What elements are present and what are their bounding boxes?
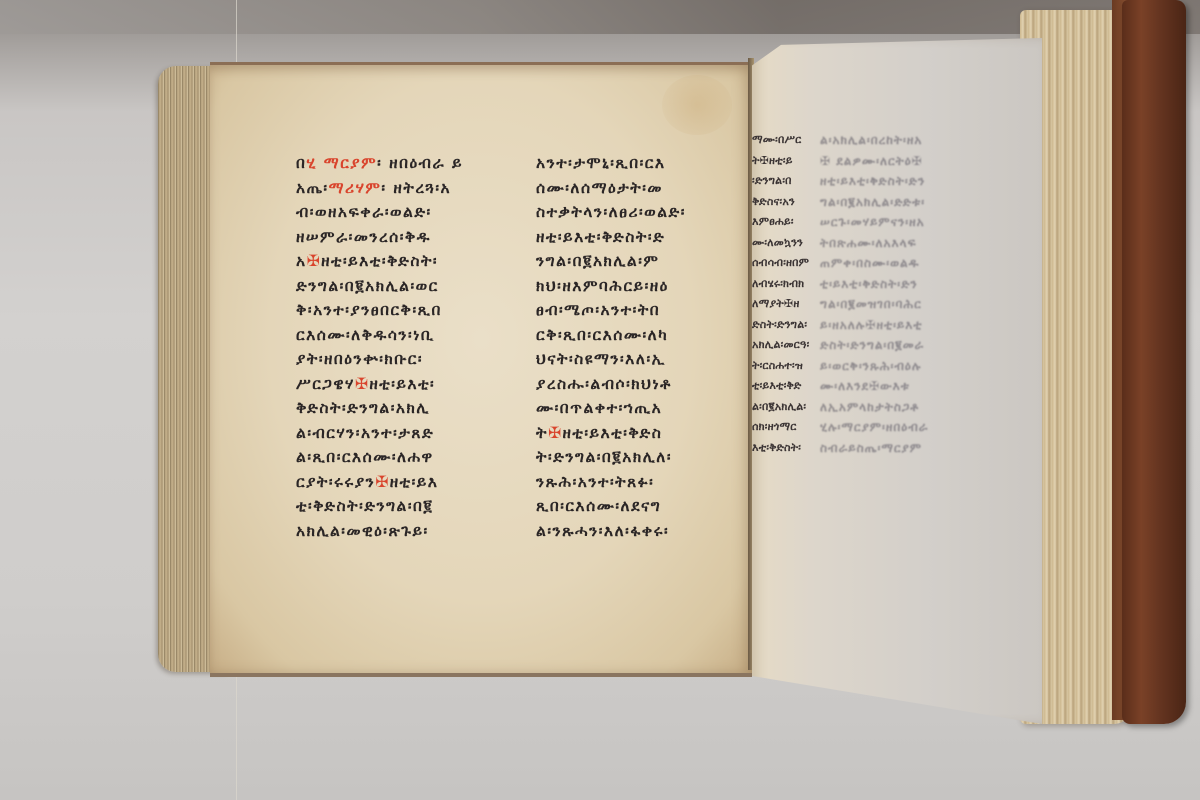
text-line: ቅ፡አንተ፡ያንፀበርቅ፡ጺበ	[296, 298, 463, 323]
text-line: ቲ፡ቅድስት፡ድንግል፡በ፪	[296, 494, 463, 519]
text-line: ድስት፡ድንግል፡	[752, 315, 809, 336]
text-line: ንጹሕ፡አንተ፡ትጸፉ፡	[536, 470, 686, 495]
text-line: ሙ፡በጥልቀተ፡ኀጢአ	[536, 396, 686, 421]
text-line: ሰብሳብ፡ዘበም	[752, 253, 809, 274]
text-line: ት✠ዘቲ፡ይእቲ፡ቅድስ	[536, 421, 686, 446]
text-line: ድንግል፡በ፪አክሊል፡ወር	[296, 274, 463, 299]
left-page-column-b: አንተ፡ታሞኒ፡ጺበ፡ርእ ሰሙ፡ለሰማዕታት፡መ ስተቃትላን፡ለፀሪ፡ወልድ…	[536, 151, 686, 543]
text-line: ርያት፡ሩሩያን✠ዘቲ፡ይእ	[296, 470, 463, 495]
text-line: ሥርጋዌሃ✠ዘቲ፡ይእቲ፡	[296, 372, 463, 397]
text-line: ይ፡ወርቅ፡ንጹሕ፡ብዕሉ	[820, 356, 928, 377]
text-line: ለብሄሩ፡ክብክ	[752, 274, 809, 295]
text-line: ስተቃትላን፡ለፀሪ፡ወልድ፡	[536, 200, 686, 225]
text-line: ት፡ድንግል፡በ፪አክሊለ፡	[536, 445, 686, 470]
text-line: ል፡አክሊል፡በረከት፡ዘአ	[820, 130, 928, 151]
left-page-column-a: በሂ ማርያም፡ ዘበዕብራ ይ አጤ፡ማሪሃም፡ ዘትረጓ፡አ ብ፡ወዘአፍቀ…	[296, 151, 463, 543]
text-line: ለኢአምላከታትስጋቶ	[820, 397, 928, 418]
text-line: ብ፡ወዘአፍቀራ፡ወልድ፡	[296, 200, 463, 225]
text-line: ሰክ፡ዘጎማር	[752, 417, 809, 438]
text-line: ል፡ጺበ፡ርእሰሙ፡ለሐዋ	[296, 445, 463, 470]
text-line: ትበጽሐሙ፡ለአእላፍ	[820, 233, 928, 254]
text-line: አክሊል፡መርዓ፡	[752, 335, 809, 356]
text-line: ሂሉ፡ማርያም፡ዘበዕብራ	[820, 417, 928, 438]
text-line: ማሙ፡በሥር	[752, 130, 809, 151]
text-line: ዘቲ፡ይእቲ፡ቅድስት፡ድን	[820, 171, 928, 192]
text-line: ርቅ፡ጺበ፡ርእሰሙ፡ለካ	[536, 323, 686, 348]
text-line: ቲ፡ይእቲ፡ቅድ	[752, 376, 809, 397]
text-line: ግል፡በ፪አክሊል፡ድድቱ፡	[820, 192, 928, 213]
text-line: ጺበ፡ርእሰሙ፡ለደናግ	[536, 494, 686, 519]
text-line: ይ፡ዘአለሉ✠ዘቲ፡ይእቲ	[820, 315, 928, 336]
text-line: ሰሙ፡ለሰማዕታት፡መ	[536, 176, 686, 201]
text-line: ቲ፡ይእቲ፡ቅድስት፡ድን	[820, 274, 928, 295]
text-line: ሙ፡ለእንደ✠ውእቱ	[820, 376, 928, 397]
text-line: እቲ፡ቅድስት፡	[752, 438, 809, 459]
left-manuscript-page: በሂ ማርያም፡ ዘበዕብራ ይ አጤ፡ማሪሃም፡ ዘትረጓ፡አ ብ፡ወዘአፍቀ…	[210, 62, 752, 677]
text-line: እምፀሐይ፡	[752, 212, 809, 233]
water-stain	[662, 75, 732, 135]
text-line: ሙ፡ለመኳንን	[752, 233, 809, 254]
text-line: ፀብ፡ሜጦ፡አንተ፡ትበ	[536, 298, 686, 323]
text-line: ል፡ንጹሓን፡እለ፡ፋቀሩ፡	[536, 519, 686, 544]
text-line: ርእሰሙ፡ለቅዱሳን፡ነቢ	[296, 323, 463, 348]
text-line: አጤ፡ማሪሃም፡ ዘትረጓ፡አ	[296, 176, 463, 201]
text-line: ቅድስት፡ድንግል፡አክሊ	[296, 396, 463, 421]
text-line: ስብራይስጤ፡ማርያም	[820, 438, 928, 459]
text-line: ያረስሑ፡ልብሶ፡ክህነቶ	[536, 372, 686, 397]
text-line: ዘቲ፡ይእቲ፡ቅድስት፡ድ	[536, 225, 686, 250]
text-line: ቅድስና፡አን	[752, 192, 809, 213]
leather-cover	[1122, 0, 1186, 724]
text-line: ት✠ዘቲ፡ይ	[752, 151, 809, 172]
text-line: ፡ድንግል፡በ	[752, 171, 809, 192]
text-line: ✠ ደልዎሙ፡ለርትዕ✠	[820, 151, 928, 172]
text-line: ግል፡በ፪መዝገበ፡ባሕር	[820, 294, 928, 315]
right-page-column-b: ል፡አክሊል፡በረከት፡ዘአ ✠ ደልዎሙ፡ለርትዕ✠ ዘቲ፡ይእቲ፡ቅድስት፡…	[820, 130, 928, 458]
text-line: ክህ፡ዘእምባሕርይ፡ዘዕ	[536, 274, 686, 299]
text-line: አ✠ዘቲ፡ይእቲ፡ቅድስት፡	[296, 249, 463, 274]
text-line: ድስት፡ድንግል፡በ፪መራ	[820, 335, 928, 356]
text-line: ል፡በ፪አክሊል፡	[752, 397, 809, 418]
text-line: ዘሠምራ፡መንረሰ፡ቅዱ	[296, 225, 463, 250]
text-line: ት፡ርስሐተ፡ዝ	[752, 356, 809, 377]
text-line: አንተ፡ታሞኒ፡ጺበ፡ርእ	[536, 151, 686, 176]
text-line: ንግል፡በ፪አክሊል፡ም	[536, 249, 686, 274]
right-translucent-page: ማሙ፡በሥር ት✠ዘቲ፡ይ ፡ድንግል፡በ ቅድስና፡አን እምፀሐይ፡ ሙ፡ለ…	[752, 38, 1042, 724]
text-line: ጠምቀ፡በስሙ፡ወልዱ	[820, 253, 928, 274]
text-line: ል፡ብርሃን፡አንተ፡ታጸድ	[296, 421, 463, 446]
text-line: በሂ ማርያም፡ ዘበዕብራ ይ	[296, 151, 463, 176]
text-line: ህናት፡ስዩማን፡እለ፡ኢ	[536, 347, 686, 372]
text-line: ያት፡ዘበዕንቍ፡ክቡር፡	[296, 347, 463, 372]
right-page-column-a: ማሙ፡በሥር ት✠ዘቲ፡ይ ፡ድንግል፡በ ቅድስና፡አን እምፀሐይ፡ ሙ፡ለ…	[752, 130, 809, 458]
text-line: ሠርጉ፡መሃይምናን፡ዘአ	[820, 212, 928, 233]
text-line: ለማያት✠ዘ	[752, 294, 809, 315]
text-line: አክሊል፡መዊዕ፡ጽጉይ፡	[296, 519, 463, 544]
